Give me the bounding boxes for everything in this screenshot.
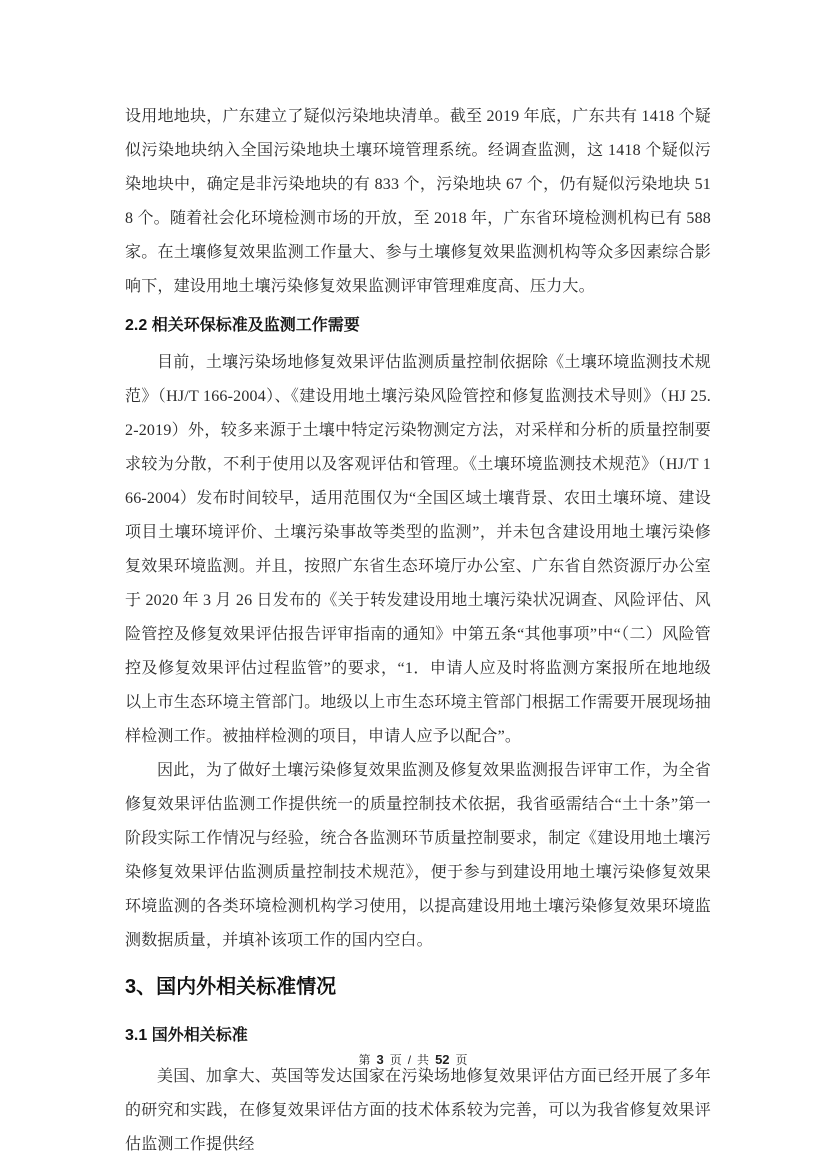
- footer-label-page: 第: [358, 1051, 370, 1069]
- section-3-1-paragraph-1: 美国、加拿大、英国等发达国家在污染场地修复效果评估方面已经开展了多年的研究和实践…: [125, 1060, 711, 1162]
- page-footer: 第 3 页 / 共 52 页: [0, 1051, 826, 1069]
- section-2-2-heading: 2.2 相关环保标准及监测工作需要: [125, 315, 711, 337]
- page-content: 设用地地块，广东建立了疑似污染地块清单。截至 2019 年底，广东共有 1418…: [125, 100, 711, 1162]
- section-3-heading: 3、国内外相关标准情况: [125, 972, 711, 1002]
- section-3-1-heading: 3.1 国外相关标准: [125, 1024, 711, 1048]
- section-2-2-paragraph-2: 因此，为了做好土壤污染修复效果监测及修复效果监测报告评审工作，为全省修复效果评估…: [125, 754, 711, 958]
- section-2-2-paragraph-1: 目前，土壤污染场地修复效果评估监测质量控制依据除《土壤环境监测技术规范》（HJ/…: [125, 346, 711, 754]
- footer-label-unit1: 页: [390, 1051, 402, 1069]
- footer-label-unit2: 页: [456, 1051, 468, 1069]
- footer-separator: /: [408, 1051, 411, 1069]
- footer-label-total: 共: [417, 1051, 429, 1069]
- footer-total-pages: 52: [435, 1051, 449, 1069]
- document-page: 设用地地块，广东建立了疑似污染地块清单。截至 2019 年底，广东共有 1418…: [0, 0, 826, 1169]
- footer-page-number: 3: [376, 1051, 383, 1069]
- intro-paragraph: 设用地地块，广东建立了疑似污染地块清单。截至 2019 年底，广东共有 1418…: [125, 100, 711, 304]
